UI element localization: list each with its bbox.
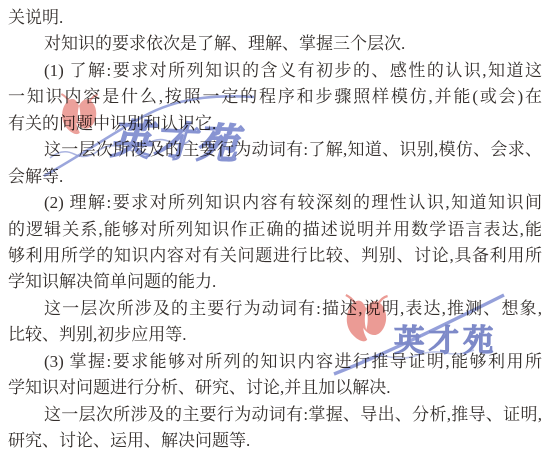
text-line: 够利用所学的知识内容对有关问题进行比较、判别、讨论,具备利用所	[8, 243, 542, 269]
text-line: 一知识内容是什么,按照一定的程序和步骤照样模仿,并能(或会)在	[8, 84, 542, 110]
text-line: 比较、判别,初步应用等.	[8, 322, 542, 348]
text-line: (2) 理解:要求对所列知识内容有较深刻的理性认识,知道知识间	[8, 190, 542, 216]
text-line: 学知识对问题进行分析、研究、讨论,并且加以解决.	[8, 375, 542, 401]
text-line: 学知识解决简单问题的能力.	[8, 269, 542, 295]
text-line: 有关的问题中识别和认识它.	[8, 111, 542, 137]
text-line: (1) 了解:要求对所列知识的含义有初步的、感性的认识,知道这	[8, 58, 542, 84]
text-line: 关说明.	[8, 5, 542, 31]
text-line: 对知识的要求依次是了解、理解、掌握三个层次.	[8, 31, 542, 57]
text-line: 这一层次所涉及的主要行为动词有:掌握、导出、分析,推导、证明,	[8, 402, 542, 428]
document-page: 关说明. 对知识的要求依次是了解、理解、掌握三个层次. (1) 了解:要求对所列…	[0, 0, 550, 455]
text-line: 会解等.	[8, 164, 542, 190]
text-line: 的逻辑关系,能够对所列知识作正确的描述说明并用数学语言表达,能	[8, 217, 542, 243]
text-line: 这一层次所涉及的主要行为动词有:描述,说明,表达,推测、想象,	[8, 296, 542, 322]
text-line: 这一层次所涉及的主要行为动词有:了解,知道、识别,模仿、会求、	[8, 137, 542, 163]
document-text: 关说明. 对知识的要求依次是了解、理解、掌握三个层次. (1) 了解:要求对所列…	[8, 5, 542, 454]
text-line: (3) 掌握:要求能够对所列的知识内容进行推导证明,能够利用所	[8, 349, 542, 375]
text-line: 研究、讨论、运用、解决问题等.	[8, 428, 542, 454]
